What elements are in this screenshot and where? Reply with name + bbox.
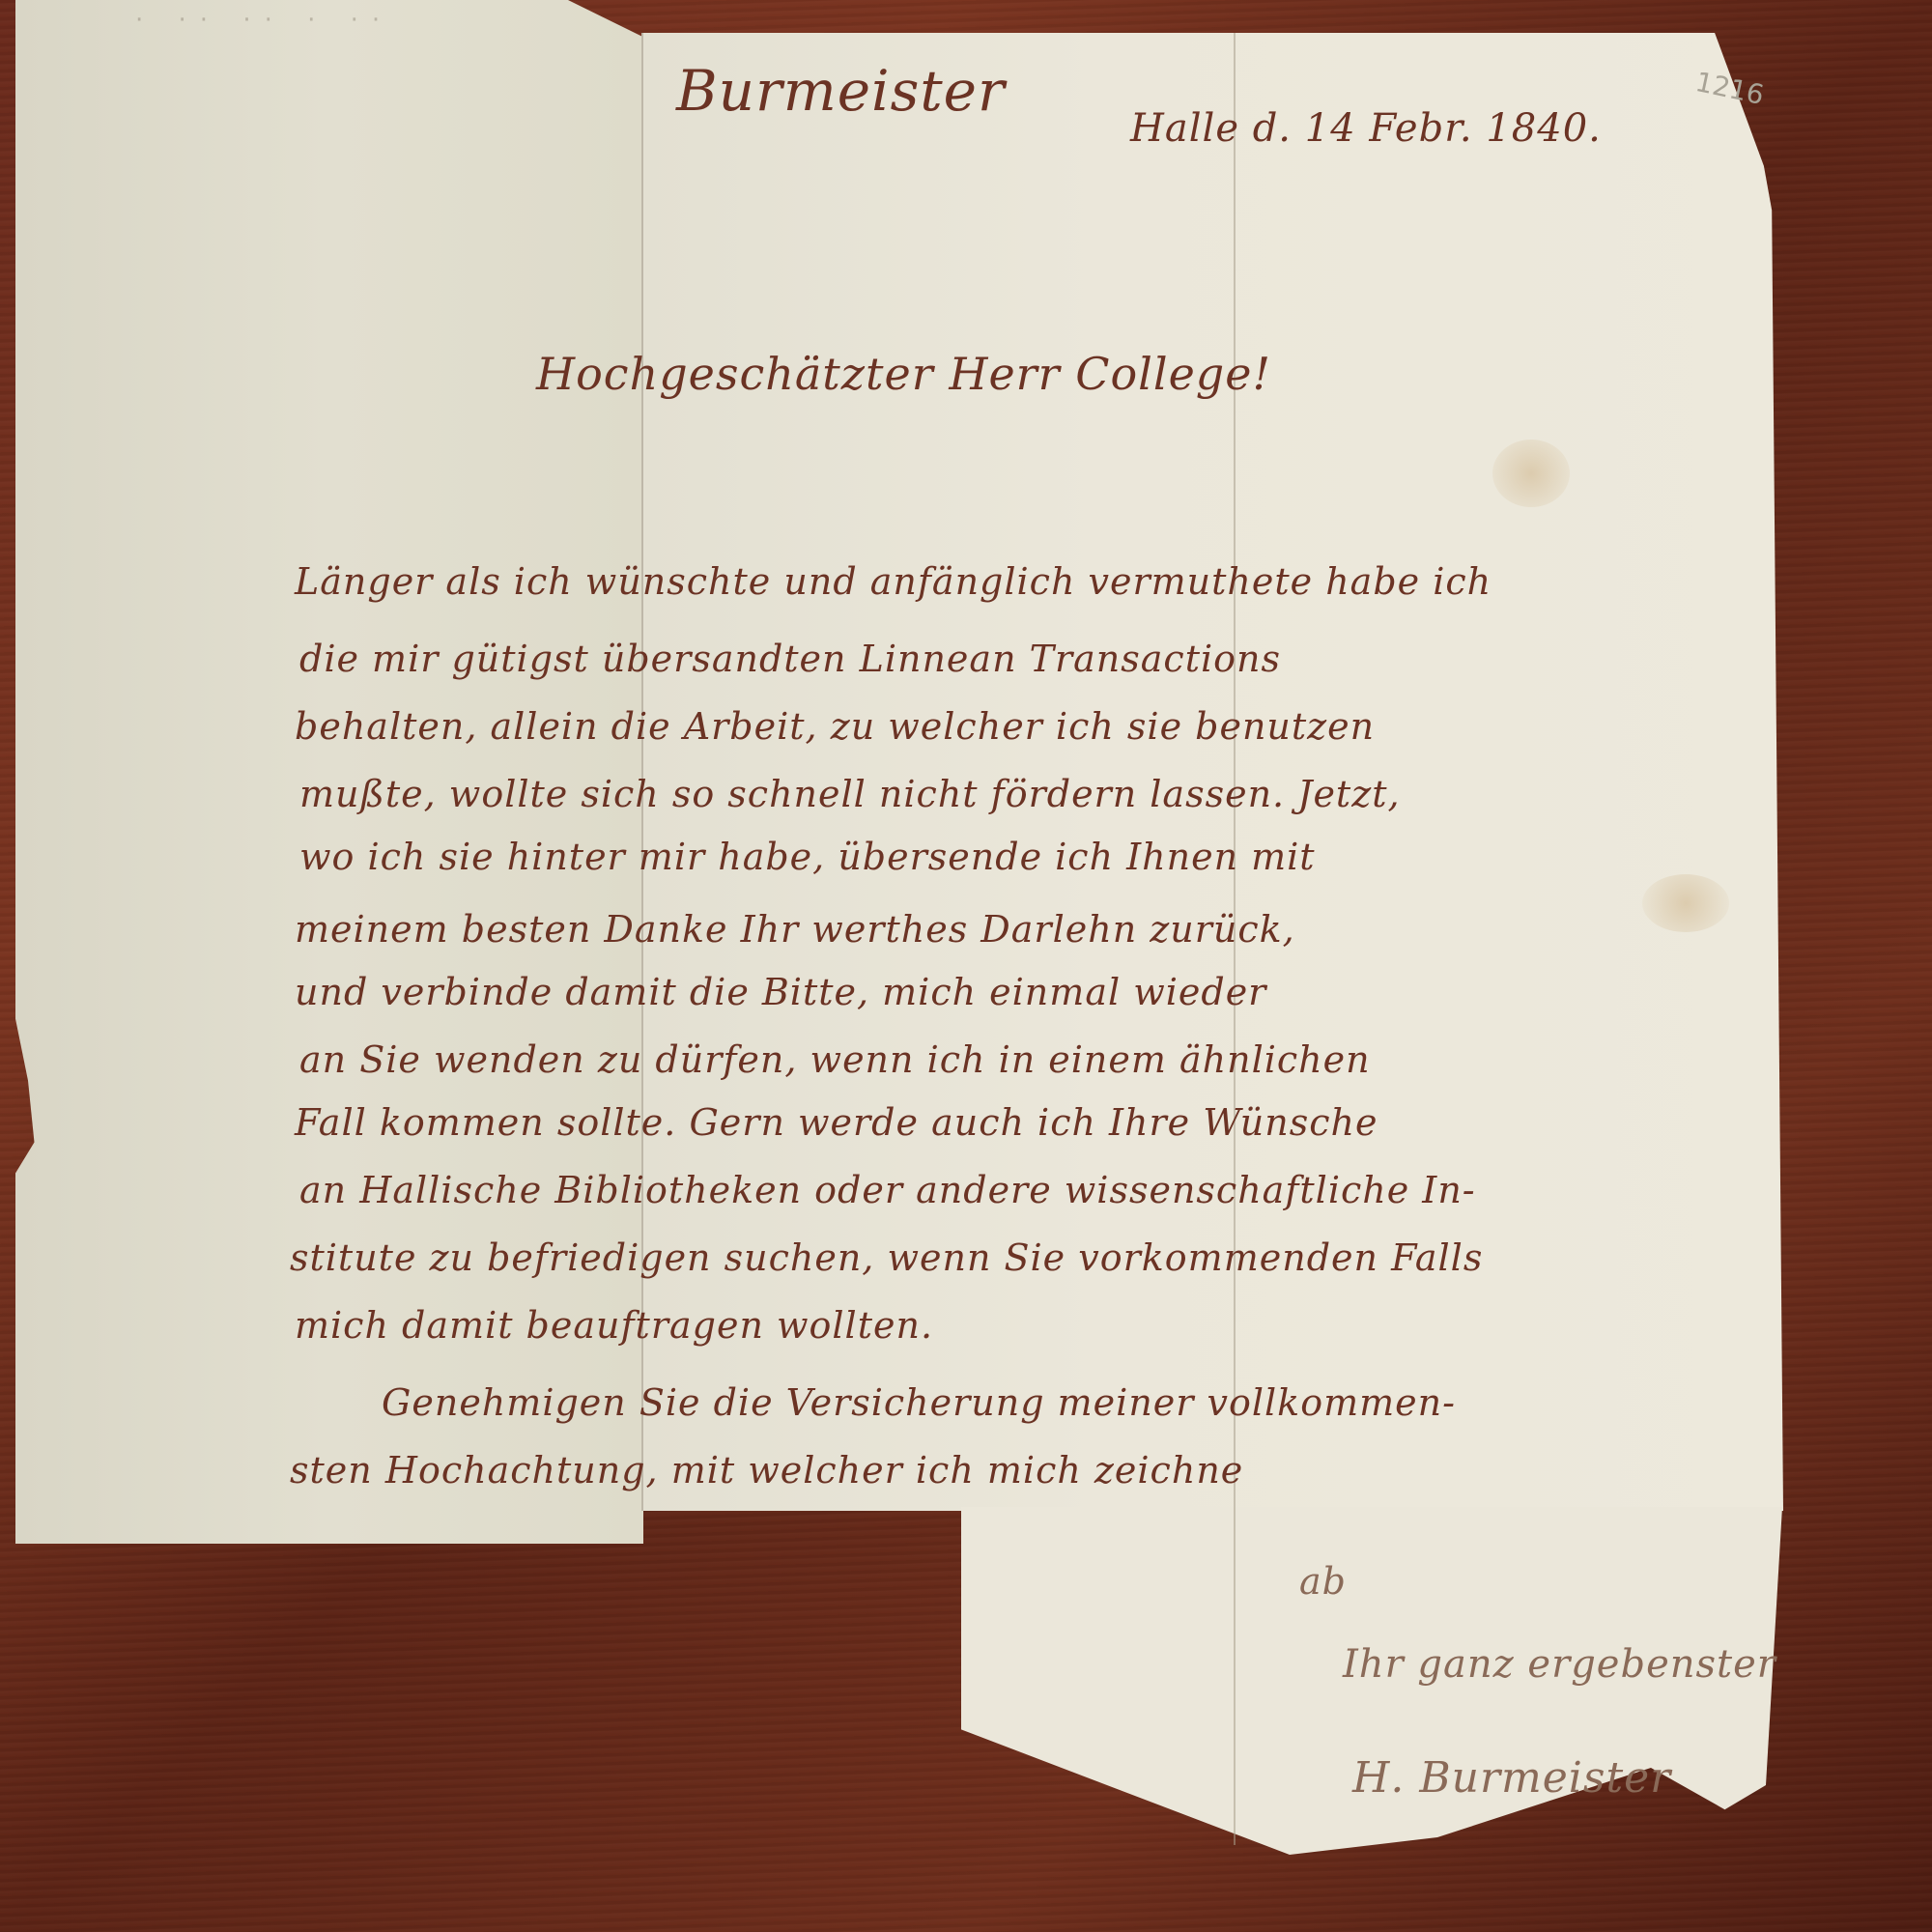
closing-line-1: Genehmigen Sie die Versicherung meiner v… bbox=[382, 1381, 1456, 1424]
show-through-text: · ·· ·· · ·· bbox=[135, 6, 393, 35]
ink-blot bbox=[1642, 874, 1729, 932]
valediction: Ihr ganz ergebenster bbox=[1343, 1642, 1776, 1687]
closing-line-2: sten Hochachtung, mit welcher ich mich z… bbox=[290, 1449, 1243, 1492]
foxing-stain bbox=[1492, 440, 1570, 507]
body-line-7: und verbinde damit die Bitte, mich einma… bbox=[295, 971, 1266, 1013]
letter-main-sheet bbox=[641, 33, 1783, 1511]
body-line-4: mußte, wollte sich so schnell nicht förd… bbox=[299, 773, 1401, 815]
valediction-abbrev: ab bbox=[1299, 1560, 1347, 1603]
salutation: Hochgeschätzter Herr College! bbox=[536, 348, 1271, 400]
signature: H. Burmeister bbox=[1352, 1753, 1671, 1803]
body-line-6: meinem besten Danke Ihr werthes Darlehn … bbox=[295, 908, 1295, 951]
header-name: Burmeister bbox=[676, 58, 1006, 124]
place-date: Halle d. 14 Febr. 1840. bbox=[1130, 106, 1602, 151]
body-line-11: stitute zu befriedigen suchen, wenn Sie … bbox=[290, 1236, 1483, 1279]
fold-crease-left bbox=[641, 33, 643, 1511]
body-line-5: wo ich sie hinter mir habe, übersende ic… bbox=[299, 836, 1316, 878]
body-line-2: die mir gütigst übersandten Linnean Tran… bbox=[299, 638, 1281, 680]
body-line-10: an Hallische Bibliotheken oder andere wi… bbox=[299, 1169, 1476, 1211]
body-line-8: an Sie wenden zu dürfen, wenn ich in ein… bbox=[299, 1038, 1371, 1081]
body-line-1: Länger als ich wünschte und anfänglich v… bbox=[295, 560, 1492, 603]
body-line-12: mich damit beauftragen wollten. bbox=[295, 1304, 933, 1347]
body-line-3: behalten, allein die Arbeit, zu welcher … bbox=[295, 705, 1375, 748]
body-line-9: Fall kommen sollte. Gern werde auch ich … bbox=[295, 1101, 1378, 1144]
